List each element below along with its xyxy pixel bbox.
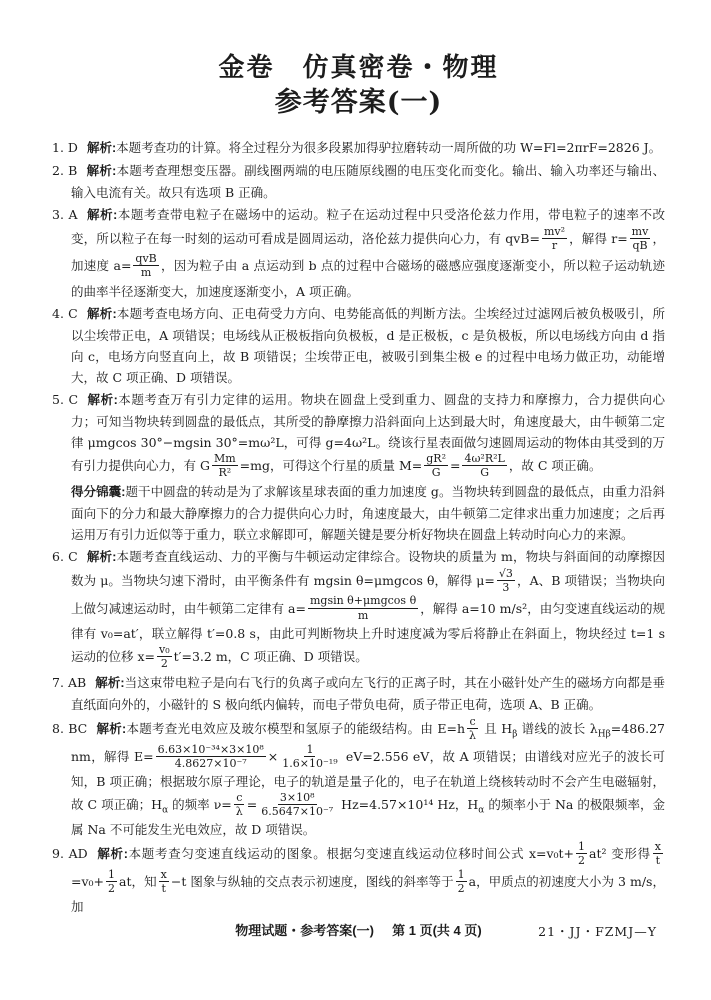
fraction: 6.63×10⁻³⁴×3×10⁸4.8627×10⁻⁷	[156, 743, 266, 770]
item-text: 本题考查直线运动、力的平衡与牛顿运动定律综合。设物块的质量为 m，物块与斜面间的…	[71, 549, 665, 664]
tip-item: 得分锦囊:题干中圆盘的转动是为了求解该星球表面的重力加速度 g。当物块转到圆盘的…	[52, 481, 665, 545]
item-text: 本题考查光电效应及玻尔模型和氢原子的能级结构。由 E=hcλ 且 Hβ 谱线的波…	[71, 721, 665, 837]
item-number: 8.	[52, 721, 68, 736]
fraction: 12	[456, 868, 467, 895]
item-label: 解析:	[87, 550, 117, 564]
item-label: 解析:	[87, 393, 118, 407]
document-page: 金卷 仿真密卷・物理 参考答案(一) 1. D解析:本题考查功的计算。将全过程分…	[0, 0, 711, 1000]
fraction: √33	[497, 567, 515, 594]
item-number: 7.	[52, 675, 68, 690]
item-text: 本题考查理想变压器。副线圈两端的电压随原线圈的电压变化而变化。输出、输入功率还与…	[71, 163, 665, 200]
answer-item: 5. C解析:本题考查万有引力定律的运用。物块在圆盘上受到重力、圆盘的支持力和摩…	[52, 389, 665, 480]
fraction: mvqB	[630, 225, 651, 252]
fraction: mv²r	[542, 225, 567, 252]
fraction: 11.6×10⁻¹⁹	[280, 743, 339, 770]
item-answer: AD	[69, 846, 88, 861]
item-label: 解析:	[86, 208, 117, 222]
item-text: 本题考查电场方向、正电荷受力方向、电势能高低的判断方法。尘埃经过过滤网后被负极吸…	[71, 306, 665, 385]
footer-page-number: 第 1 页(共 4 页)	[392, 923, 482, 938]
answer-item: 8. BC解析:本题考查光电效应及玻尔模型和氢原子的能级结构。由 E=hcλ 且…	[52, 716, 665, 840]
fraction: xt	[653, 840, 663, 867]
item-label: 解析:	[96, 722, 126, 736]
item-text: 本题考查匀变速直线运动的图象。根据匀变速直线运动位移时间公式 x=v₀t+12a…	[71, 846, 665, 914]
item-label: 解析:	[97, 847, 128, 861]
answer-item: 4. C解析:本题考查电场方向、正电荷受力方向、电势能高低的判断方法。尘埃经过过…	[52, 303, 665, 388]
item-number: 4.	[52, 306, 68, 321]
answer-item: 3. A解析:本题考查带电粒子在磁场中的运动。粒子在运动过程中只受洛伦兹力作用，…	[52, 204, 665, 302]
item-answer: C	[68, 306, 78, 321]
fraction: 4ω²R²LG	[462, 452, 506, 479]
item-answer: B	[68, 163, 77, 178]
item-text: 本题考查万有引力定律的运用。物块在圆盘上受到重力、圆盘的支持力和摩擦力，合力提供…	[71, 392, 665, 473]
fraction: v₀2	[157, 643, 172, 670]
fraction: qvBm	[133, 252, 158, 279]
item-answer: C	[68, 392, 78, 407]
document-subtitle: 参考答案(一)	[52, 87, 665, 119]
item-label: 解析:	[95, 676, 124, 690]
item-answer: AB	[68, 675, 86, 690]
fraction: cλ	[467, 715, 478, 742]
document-title: 金卷 仿真密卷・物理	[52, 52, 665, 85]
item-label: 得分锦囊:	[71, 485, 125, 499]
item-label: 解析:	[87, 307, 117, 321]
fraction: 12	[576, 840, 587, 867]
item-label: 解析:	[86, 164, 116, 178]
item-text: 本题考查功的计算。将全过程分为很多段累加得驴拉磨转动一周所做的功 W=Fl=2π…	[116, 140, 661, 155]
item-text: 题干中圆盘的转动是为了求解该星球表面的重力加速度 g。当物块转到圆盘的最低点，由…	[71, 484, 665, 542]
item-number: 5.	[52, 392, 68, 407]
answer-item: 2. B解析:本题考查理想变压器。副线圈两端的电压随原线圈的电压变化而变化。输出…	[52, 160, 665, 203]
answer-item: 1. D解析:本题考查功的计算。将全过程分为很多段累加得驴拉磨转动一周所做的功 …	[52, 137, 665, 159]
item-text: 本题考查带电粒子在磁场中的运动。粒子在运动过程中只受洛伦兹力作用，带电粒子的速率…	[71, 207, 665, 299]
fraction: MmR²	[212, 452, 238, 479]
item-number: 3.	[52, 207, 68, 222]
item-text: 当这束带电粒子是向右飞行的负离子或向左飞行的正离子时，其在小磁针处产生的磁场方向…	[71, 675, 665, 712]
fraction: mgsin θ+μmgcos θm	[308, 594, 418, 621]
item-answer: C	[68, 549, 78, 564]
item-answer: A	[68, 207, 77, 222]
answer-item: 7. AB解析:当这束带电粒子是向右飞行的负离子或向左飞行的正离子时，其在小磁针…	[52, 672, 665, 715]
fraction: gR²G	[424, 452, 448, 479]
item-answer: BC	[68, 721, 87, 736]
fraction: xt	[159, 868, 169, 895]
answer-list: 1. D解析:本题考查功的计算。将全过程分为很多段累加得驴拉磨转动一周所做的功 …	[52, 137, 665, 917]
footer-code: 21・JJ・FZMJ—Y	[538, 921, 657, 942]
footer-title: 物理试题・参考答案(一)	[235, 923, 374, 938]
fraction: 12	[106, 868, 117, 895]
page-footer: 物理试题・参考答案(一) 第 1 页(共 4 页) 21・JJ・FZMJ—Y	[52, 920, 665, 943]
item-label: 解析:	[87, 141, 116, 155]
fraction: cλ	[234, 791, 245, 818]
fraction: 3×10⁸6.5647×10⁻⁷	[259, 791, 335, 818]
item-number: 1.	[52, 140, 68, 155]
item-answer: D	[68, 140, 78, 155]
item-number: 2.	[52, 163, 68, 178]
answer-item: 6. C解析:本题考查直线运动、力的平衡与牛顿运动定律综合。设物块的质量为 m，…	[52, 546, 665, 671]
item-number: 6.	[52, 549, 68, 564]
answer-item: 9. AD解析:本题考查匀变速直线运动的图象。根据匀变速直线运动位移时间公式 x…	[52, 841, 665, 917]
item-number: 9.	[52, 846, 69, 861]
